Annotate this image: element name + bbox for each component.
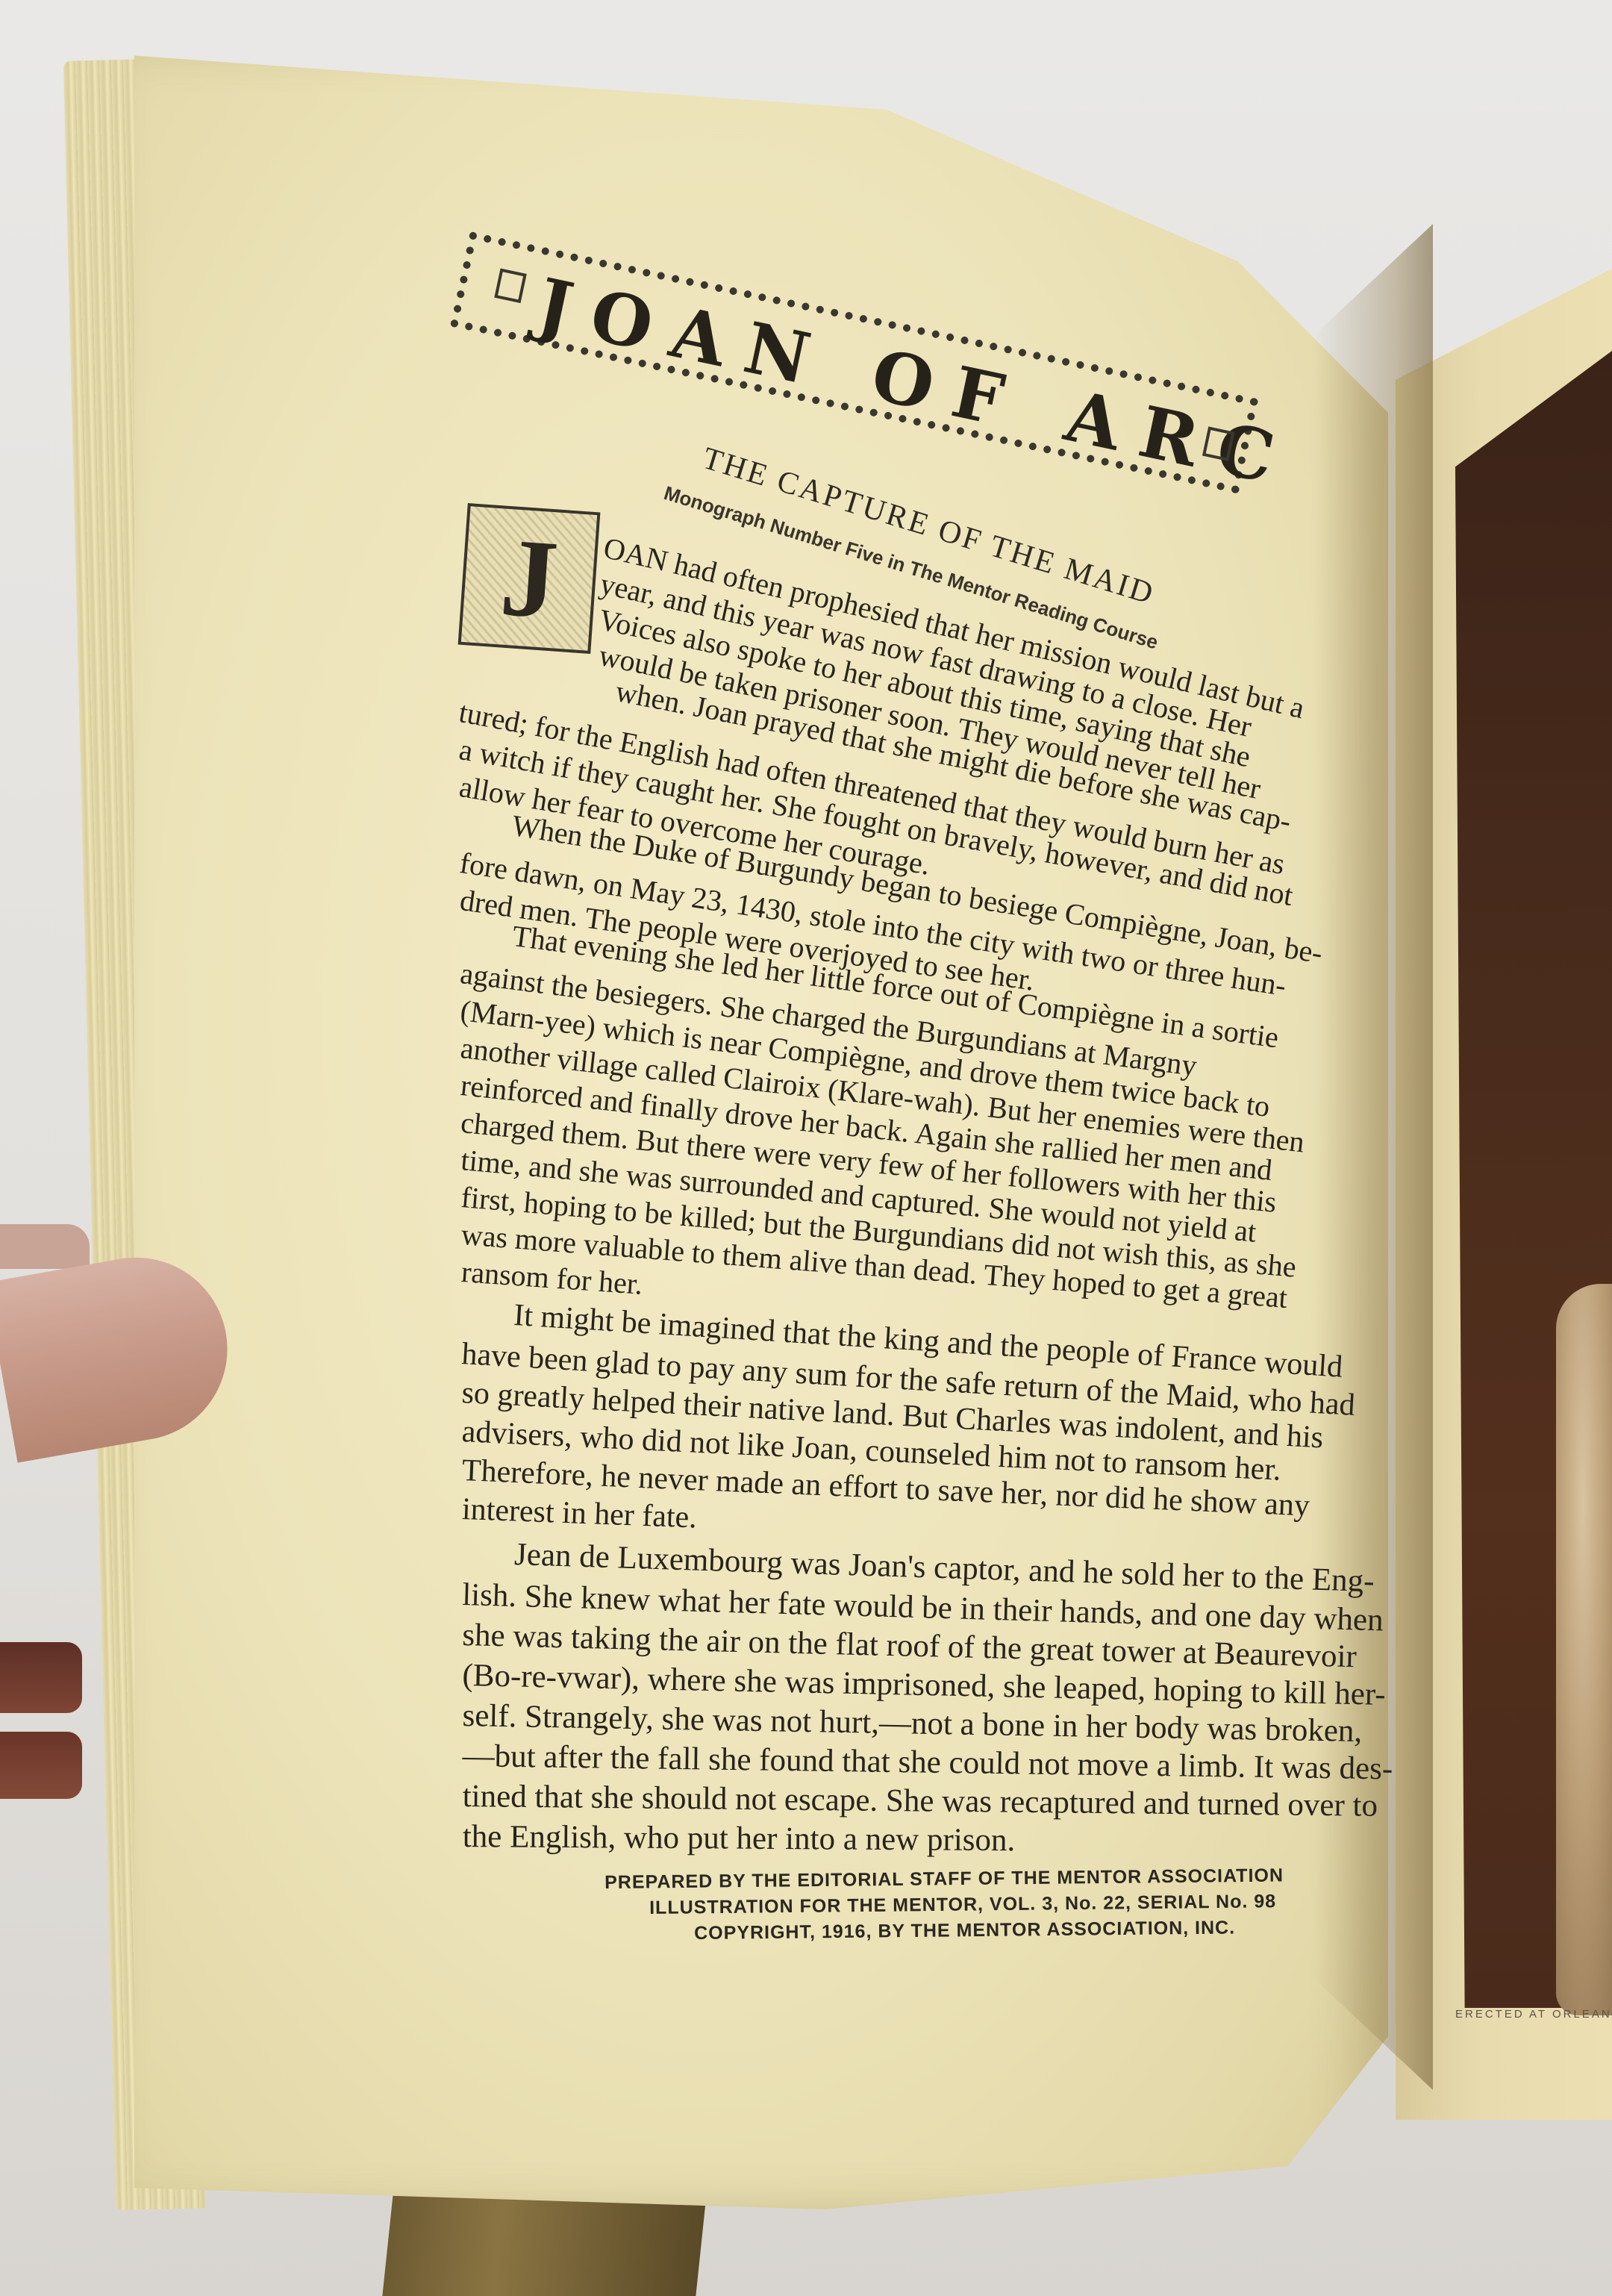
finger bbox=[0, 1642, 82, 1713]
statue-figure bbox=[1556, 1284, 1612, 2015]
finger bbox=[0, 1732, 82, 1799]
ornament-icon bbox=[494, 269, 527, 304]
illuminated-dropcap: J bbox=[458, 503, 601, 654]
page-text-block: JOAN OF ARC THE CAPTURE OF THE MAID Mono… bbox=[463, 216, 1328, 313]
plate-caption: ERECTED AT ORLEANS bbox=[1455, 2008, 1612, 2021]
hand bbox=[0, 1224, 90, 1269]
text-line: the English, who put her into a new pris… bbox=[463, 1818, 1016, 1859]
